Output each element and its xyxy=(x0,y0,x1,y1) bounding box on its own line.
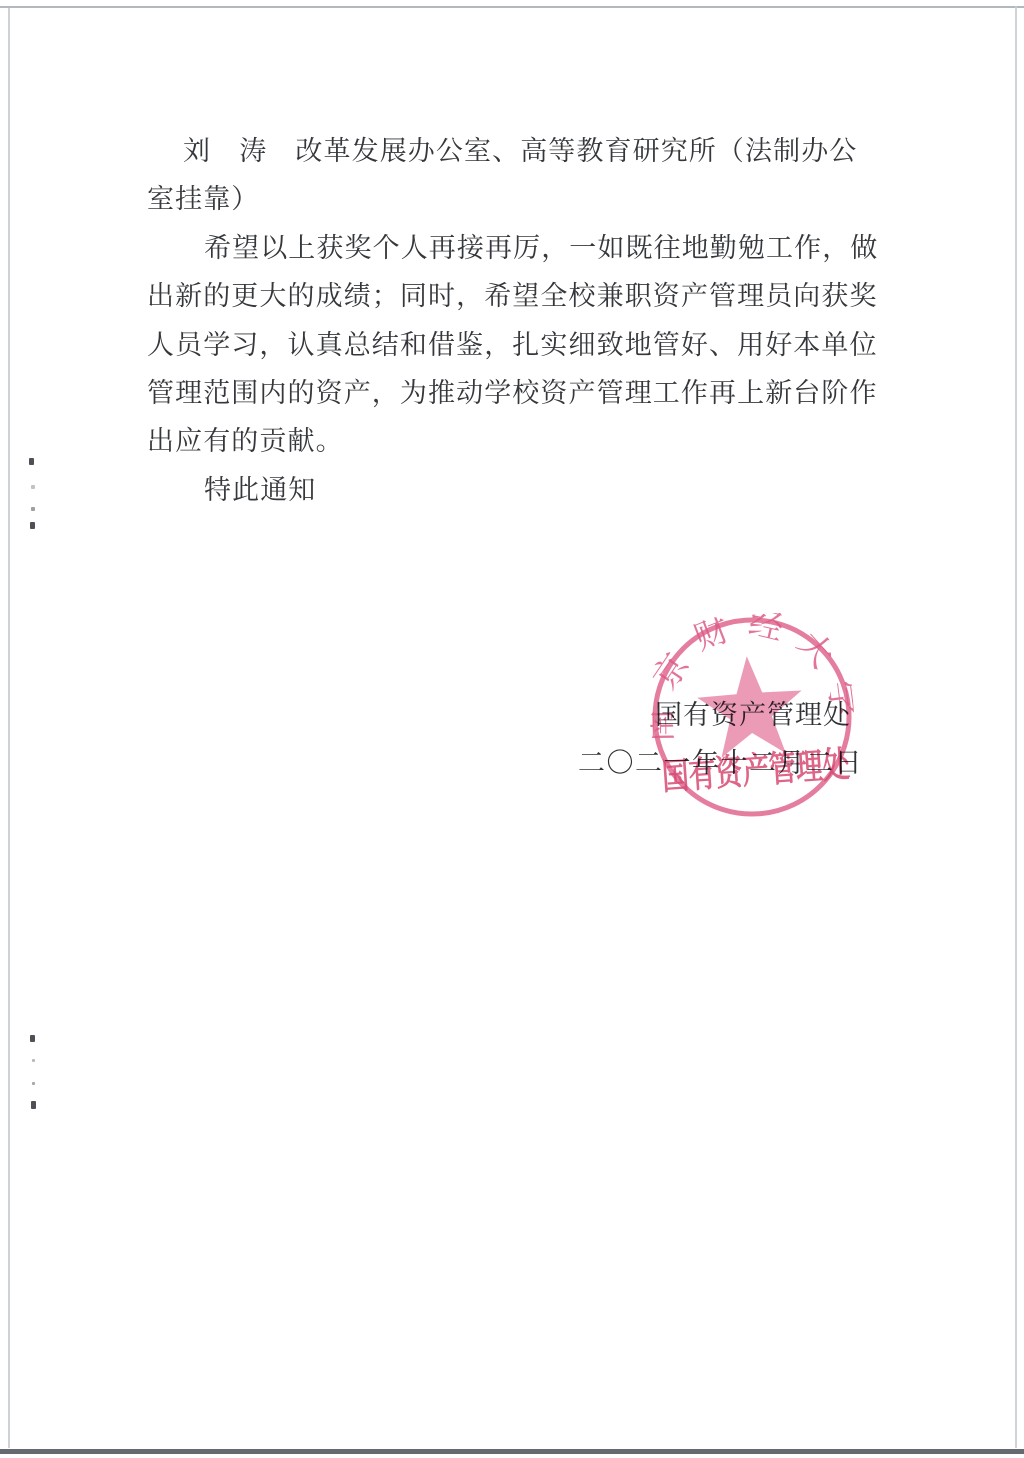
binding-mark xyxy=(29,458,34,465)
body-line: 特此通知 xyxy=(147,466,887,514)
body-line: 室挂靠） xyxy=(147,175,887,223)
binding-mark xyxy=(32,1082,35,1085)
body-line: 出应有的贡献。 xyxy=(147,417,887,465)
page-edge-right xyxy=(1015,6,1017,1448)
seal-bottom-text: 国有资产管理处 xyxy=(661,743,851,797)
official-seal: 南京财经大学 国有资产管理处 xyxy=(643,608,861,826)
page-edge-bottom xyxy=(0,1449,1024,1454)
body-line: 管理范围内的资产，为推动学校资产管理工作再上新台阶作 xyxy=(147,369,887,417)
scanned-notice-page: { "document": { "body_lines": [ { "text"… xyxy=(0,0,1024,1458)
body-line: 刘 涛 改革发展办公室、高等教育研究所（法制办公 xyxy=(147,127,887,175)
body-line: 人员学习，认真总结和借鉴，扎实细致地管好、用好本单位 xyxy=(147,321,887,369)
notice-body: 刘 涛 改革发展办公室、高等教育研究所（法制办公 室挂靠） 希望以上获奖个人再接… xyxy=(147,127,887,514)
binding-mark xyxy=(31,507,35,511)
binding-mark xyxy=(32,1059,35,1062)
binding-mark xyxy=(31,1101,36,1109)
binding-mark xyxy=(30,522,35,529)
star-icon xyxy=(695,653,806,760)
binding-mark xyxy=(30,1035,35,1042)
body-line: 出新的更大的成绩；同时，希望全校兼职资产管理员向获奖 xyxy=(147,272,887,320)
binding-mark xyxy=(31,485,35,489)
page-edge-top xyxy=(0,6,1024,8)
page-edge-left xyxy=(8,8,10,1448)
body-line: 希望以上获奖个人再接再厉，一如既往地勤勉工作，做 xyxy=(147,224,887,272)
